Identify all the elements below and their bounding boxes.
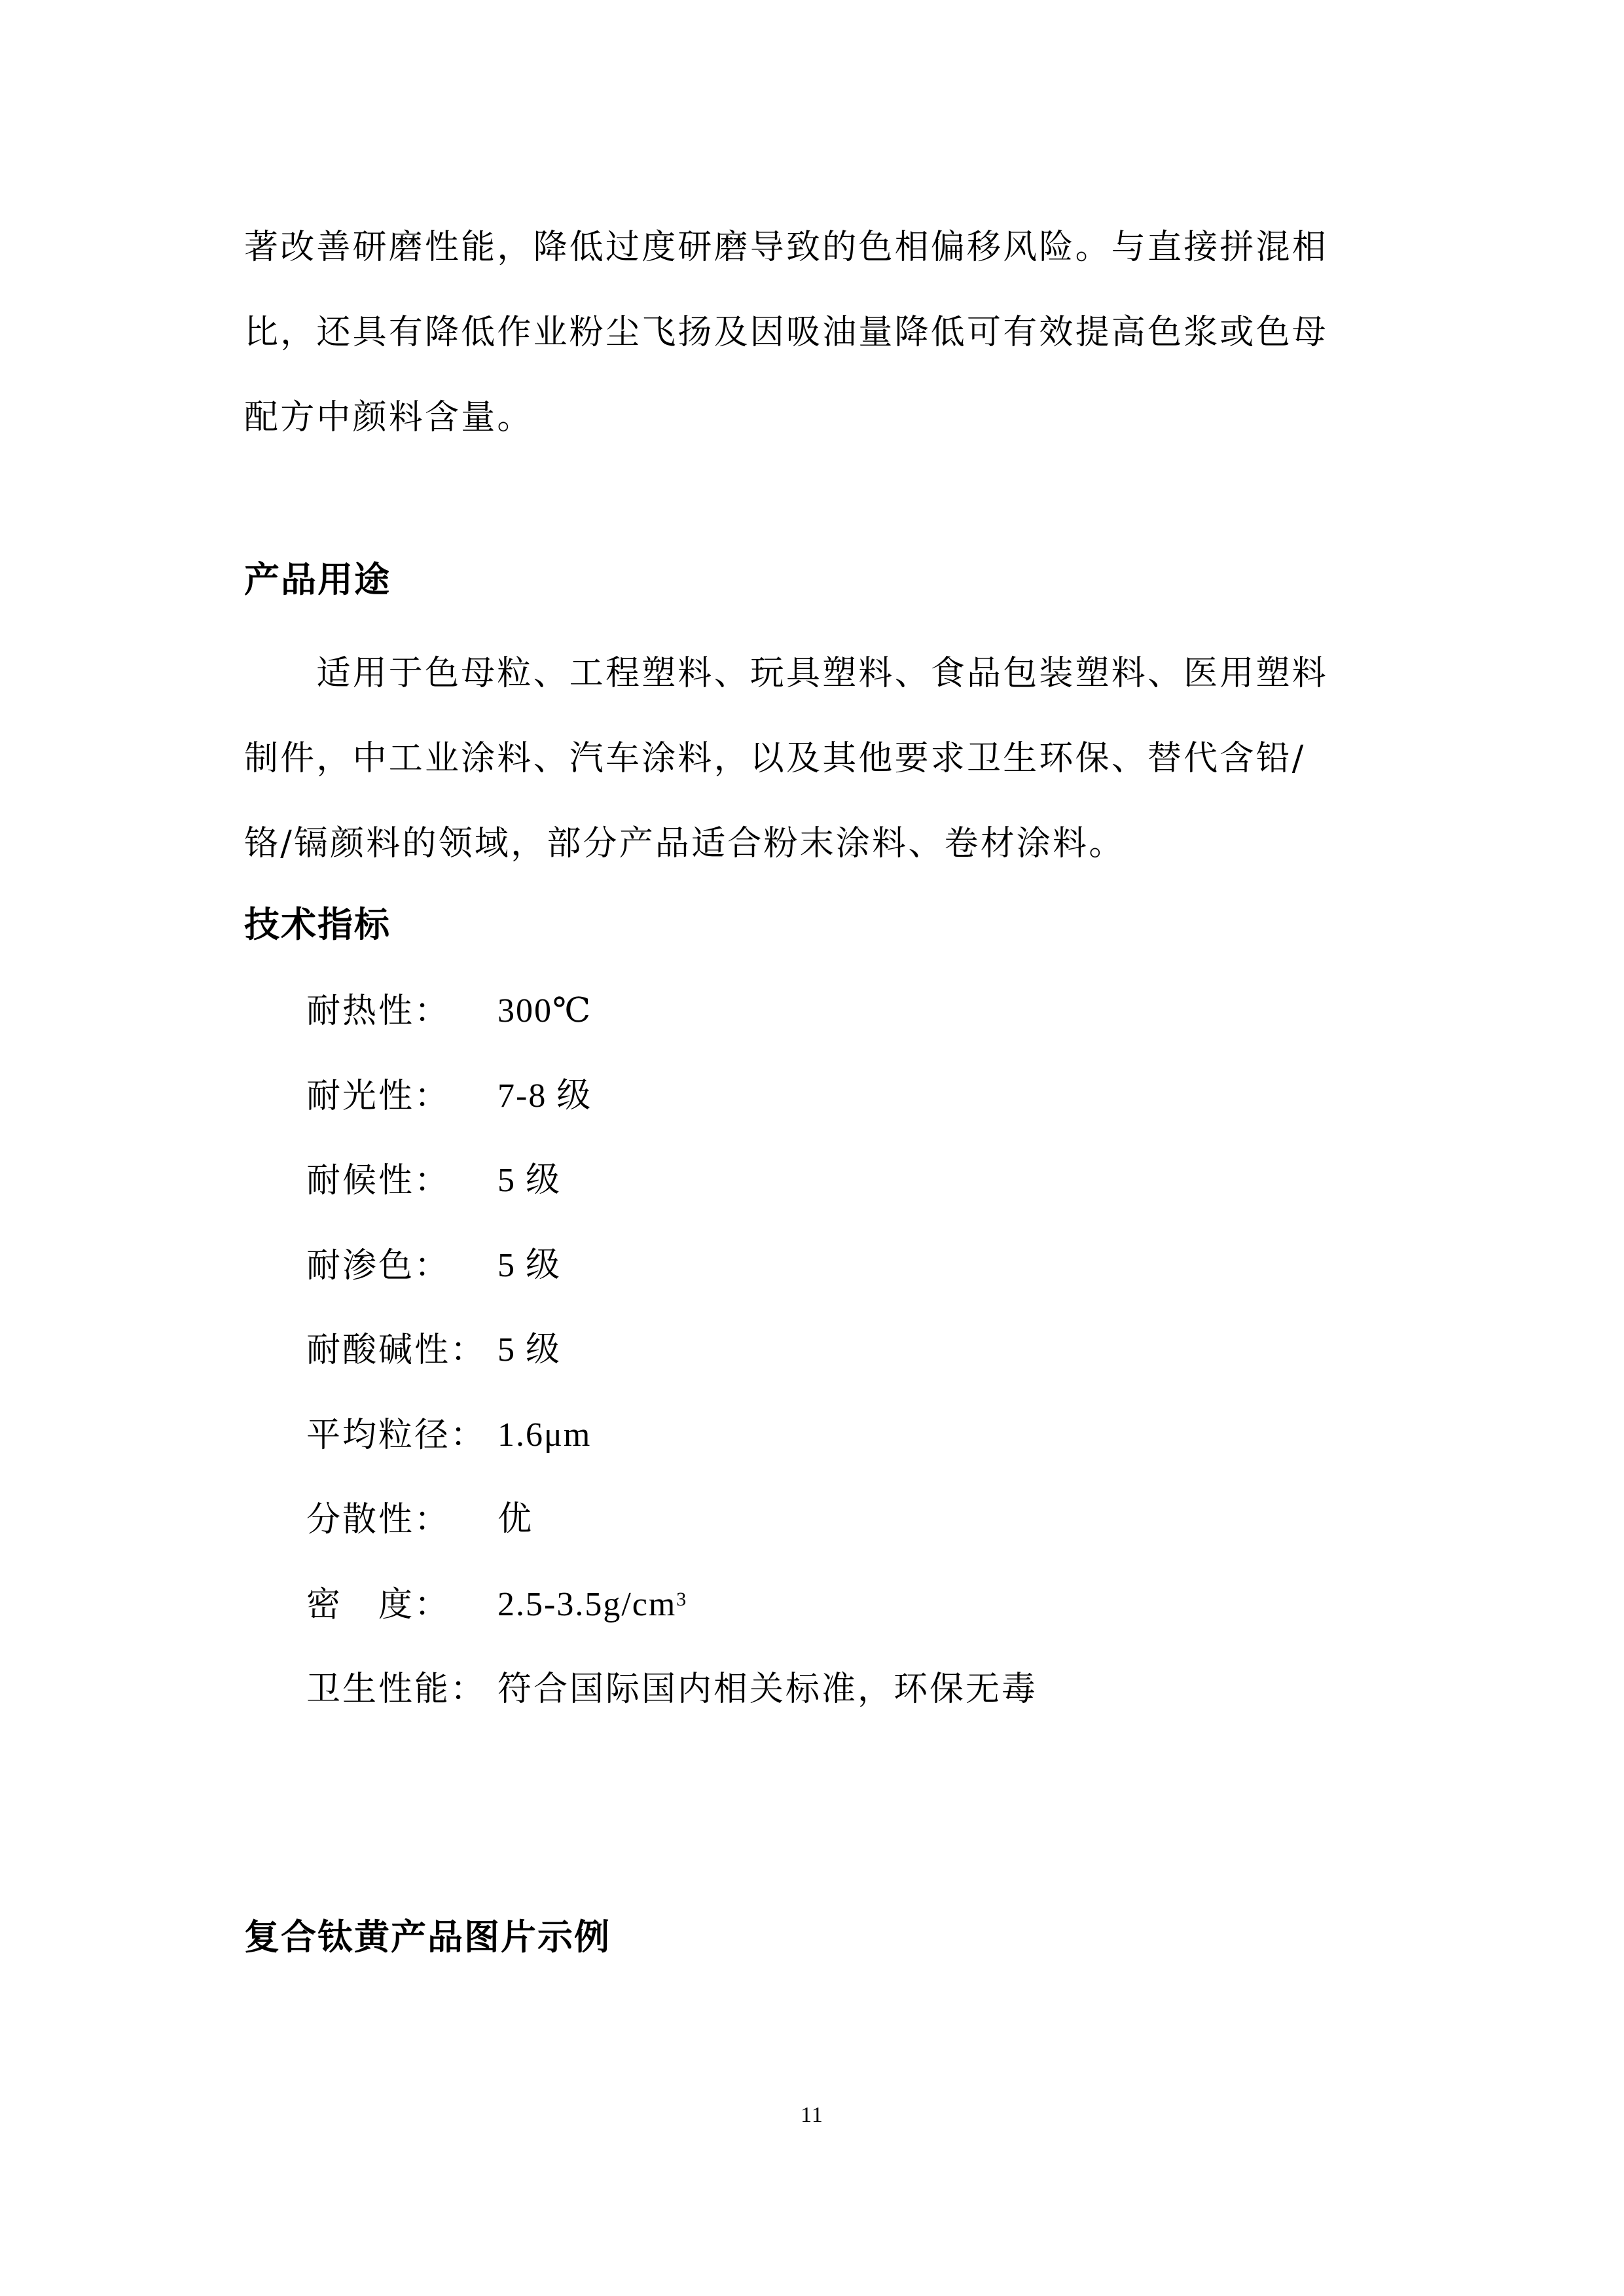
spec-label: 平均粒径： bbox=[306, 1410, 486, 1460]
paragraph-line: 比，还具有降低作业粉尘飞扬及因吸油量降低可有效提高色浆或色母 bbox=[244, 290, 1377, 375]
spec-label: 耐渗色： bbox=[306, 1241, 450, 1291]
spec-label: 耐热性： bbox=[306, 986, 450, 1036]
spec-label: 耐候性： bbox=[306, 1156, 450, 1206]
spec-row-density: 密 度： 2.5-3.5g/cm3 bbox=[306, 1580, 1288, 1665]
spec-label: 卫生性能： bbox=[306, 1664, 486, 1714]
spec-row-weather-resistance: 耐候性： 5 级 bbox=[306, 1156, 1288, 1241]
page-number: 11 bbox=[0, 2102, 1624, 2128]
spec-value: 1.6μm bbox=[497, 1410, 591, 1460]
spec-row-bleed-resistance: 耐渗色： 5 级 bbox=[306, 1241, 1288, 1326]
spec-value: 5 级 bbox=[497, 1156, 561, 1206]
spec-value: 300℃ bbox=[497, 986, 592, 1036]
spec-row-acid-alkali-resistance: 耐酸碱性： 5 级 bbox=[306, 1325, 1288, 1410]
spec-value: 5 级 bbox=[497, 1325, 561, 1375]
density-exponent: 3 bbox=[676, 1588, 687, 1610]
spec-label: 耐酸碱性： bbox=[306, 1325, 486, 1375]
specs-heading: 技术指标 bbox=[244, 902, 391, 948]
paragraph-line: 铬/镉颜料的领域，部分产品适合粉末涂料、卷材涂料。 bbox=[244, 801, 1377, 886]
intro-paragraph: 著改善研磨性能，降低过度研磨导致的色相偏移风险。与直接拼混相 比，还具有降低作业… bbox=[244, 205, 1377, 460]
spec-list: 耐热性： 300℃ 耐光性： 7-8 级 耐候性： 5 级 耐渗色： 5 级 耐… bbox=[306, 986, 1288, 1749]
paragraph-line: 配方中颜料含量。 bbox=[244, 375, 1377, 460]
paragraph-line: 制件，中工业涂料、汽车涂料，以及其他要求卫生环保、替代含铅/ bbox=[244, 716, 1377, 801]
spec-label: 耐光性： bbox=[306, 1071, 450, 1121]
spec-row-dispersibility: 分散性： 优 bbox=[306, 1495, 1288, 1580]
spec-row-particle-size: 平均粒径： 1.6μm bbox=[306, 1410, 1288, 1496]
spec-value: 7-8 级 bbox=[497, 1071, 592, 1121]
usage-paragraph: 适用于色母粒、工程塑料、玩具塑料、食品包装塑料、医用塑料 制件，中工业涂料、汽车… bbox=[244, 631, 1377, 886]
spec-value: 优 bbox=[497, 1495, 533, 1545]
spec-row-hygiene: 卫生性能： 符合国际国内相关标准，环保无毒 bbox=[306, 1664, 1288, 1749]
spec-label: 分散性： bbox=[306, 1495, 450, 1545]
spec-value: 2.5-3.5g/cm3 bbox=[497, 1580, 687, 1630]
product-images-heading: 复合钛黄产品图片示例 bbox=[244, 1914, 611, 1960]
usage-heading: 产品用途 bbox=[244, 557, 391, 603]
spec-value: 5 级 bbox=[497, 1241, 561, 1291]
document-page: 著改善研磨性能，降低过度研磨导致的色相偏移风险。与直接拼混相 比，还具有降低作业… bbox=[0, 0, 1624, 2296]
spec-label: 密 度： bbox=[306, 1580, 450, 1630]
density-value: 2.5-3.5g/cm bbox=[497, 1586, 676, 1623]
spec-row-light-fastness: 耐光性： 7-8 级 bbox=[306, 1071, 1288, 1157]
spec-value: 符合国际国内相关标准，环保无毒 bbox=[497, 1664, 1038, 1714]
paragraph-line: 著改善研磨性能，降低过度研磨导致的色相偏移风险。与直接拼混相 bbox=[244, 205, 1377, 290]
spec-row-heat-resistance: 耐热性： 300℃ bbox=[306, 986, 1288, 1071]
paragraph-line: 适用于色母粒、工程塑料、玩具塑料、食品包装塑料、医用塑料 bbox=[244, 631, 1377, 716]
